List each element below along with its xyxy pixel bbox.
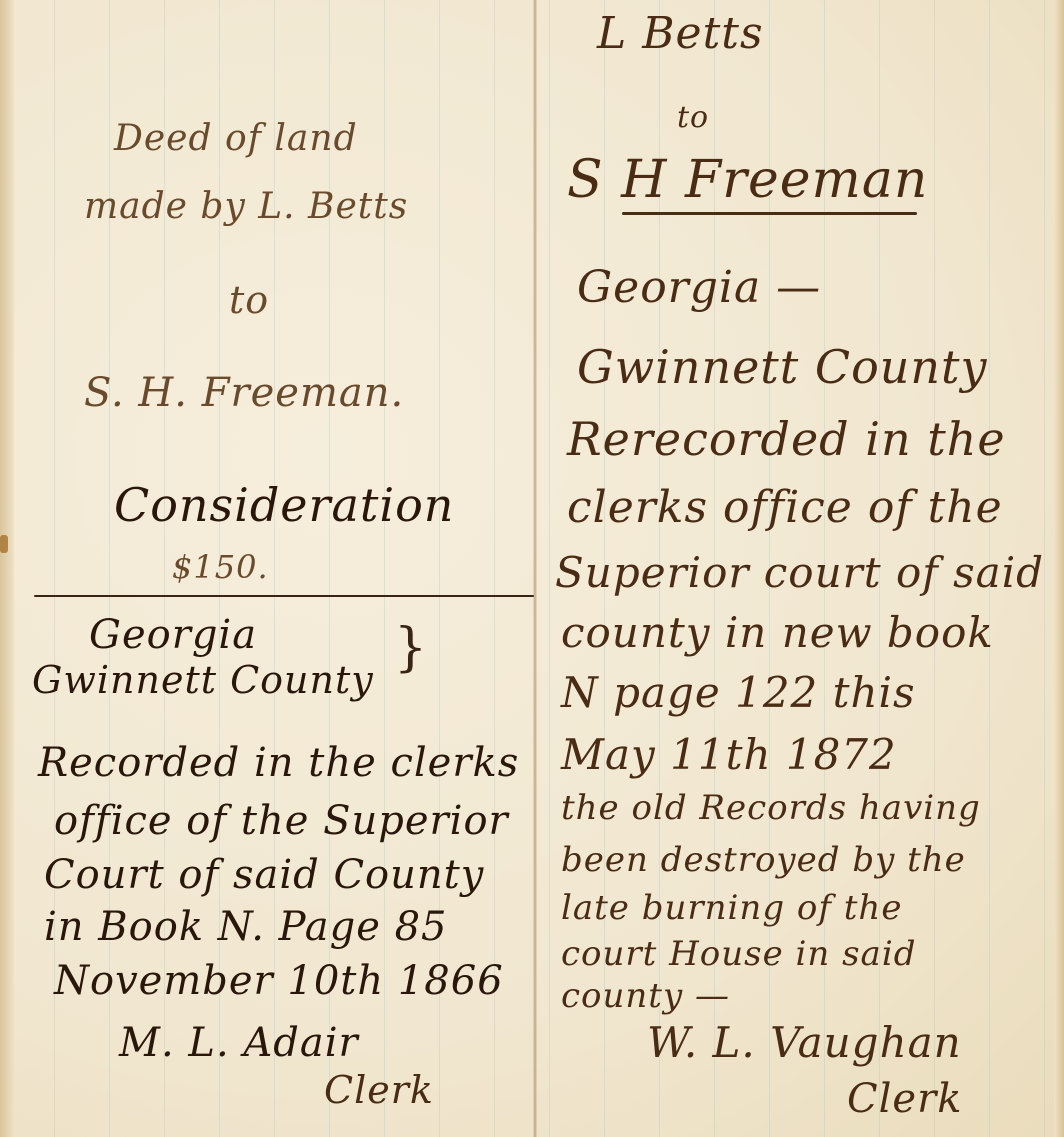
recording-date: November 10th 1866 [54, 958, 504, 1004]
rerecording-line-2: clerks office of the [567, 482, 1003, 533]
rerecording-clerk-title: Clerk [847, 1076, 962, 1122]
left-docket-panel: Deed of land made by L. Betts to S. H. F… [14, 0, 533, 1137]
recording-line-2: office of the Superior [54, 798, 509, 844]
rerecording-date: May 11th 1872 [561, 730, 897, 779]
docket-title-grantee: S. H. Freeman. [84, 370, 404, 416]
clerk-signature: M. L. Adair [119, 1020, 359, 1066]
brace-mark: } [394, 618, 427, 678]
clerk-title: Clerk [324, 1068, 434, 1112]
grantee-underline [622, 212, 917, 215]
rerecording-line-3: Superior court of said [555, 548, 1044, 597]
ink-stain [0, 535, 8, 553]
rerecording-line-1: Rerecorded in the [567, 412, 1006, 466]
rerecording-line-9: late burning of the [561, 888, 902, 928]
rerecording-line-7: the old Records having [561, 788, 981, 828]
rerecording-county: Gwinnett County [577, 340, 988, 394]
docket-title-line-2: made by L. Betts [84, 186, 408, 227]
recording-state: Georgia [89, 612, 257, 658]
rerecording-state: Georgia — [577, 262, 821, 313]
rerecording-line-11: county — [561, 976, 730, 1016]
consideration-amount: $150. [172, 548, 269, 586]
rerecording-line-10: court House in said [561, 934, 916, 974]
recording-book-page: in Book N. Page 85 [44, 904, 448, 950]
paper-edge-right [1054, 0, 1064, 1137]
grantor-name: L Betts [597, 8, 764, 59]
rerecording-book-page: N page 122 this [561, 668, 916, 717]
docket-title-line-1: Deed of land [114, 118, 358, 159]
consideration-label: Consideration [114, 478, 454, 532]
docket-title-connector: to [229, 278, 269, 322]
rerecording-clerk-signature: W. L. Vaughan [647, 1018, 962, 1067]
grantee-name: S H Freeman [567, 150, 928, 210]
rerecording-line-8: been destroyed by the [561, 840, 966, 880]
section-divider-rule [34, 595, 534, 597]
grantor-grantee-connector: to [677, 100, 709, 135]
right-docket-panel: L Betts to S H Freeman Georgia — Gwinnet… [537, 0, 1054, 1137]
recording-line-1: Recorded in the clerks [38, 740, 519, 786]
recording-county: Gwinnett County [32, 658, 374, 702]
rerecording-line-4: county in new book [561, 608, 994, 657]
paper-edge-left [0, 0, 14, 1137]
recording-line-3: Court of said County [44, 852, 484, 898]
